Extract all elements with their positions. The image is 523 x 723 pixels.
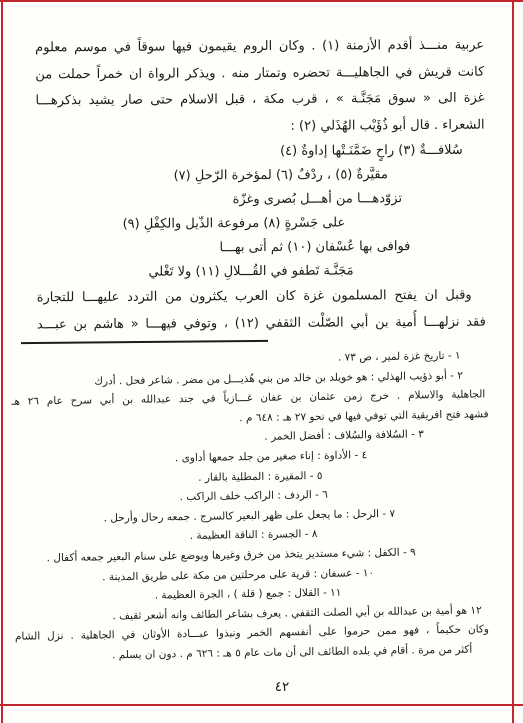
footnotes-block: ١ - تاريخ غزة لمير ، ص ٧٣ . ٢ - أبو ذؤيب… <box>11 346 496 667</box>
poem-hemistich: سُلافـــةٌ (٣) راحٍ ضَمَّنَـتْها إداوةٌ … <box>36 139 463 166</box>
poem-hemistich: مقيَّرةٌ (٥) ، ردْفٌ (٦) لمؤخرة الرّحلِ … <box>36 163 388 189</box>
red-border-bottom-rule <box>0 704 523 706</box>
red-border-left-rule <box>1 0 3 723</box>
body-paragraph-line: وقبل ان يفتح المسلمون غزة كان العرب يكثر… <box>37 283 486 312</box>
poem-hemistich: تزوّدهـــا من أهـــل بُصرى وغزّة <box>36 187 402 213</box>
page-number: ٤٢ <box>258 679 306 695</box>
book-page: عربية منـــذ أقدم الأزمنة (١) . وكان الر… <box>0 0 523 723</box>
body-paragraph-line: الشعراء . قال أبو ذُؤَيْب الهُذَلي (٢) : <box>36 112 485 141</box>
poem-hemistich: مَجَنَّـة تَطفو في القُـــلالِ (١١) ولا … <box>36 259 353 285</box>
poem-hemistich: فوافى بها عُسْفان (١٠) ثم أتى بهـــا <box>36 235 410 261</box>
body-paragraph-line: كانت قريش في الجاهليـــة تحضره وتمتار من… <box>35 59 484 88</box>
poem-hemistich: على جَسْرةٍ (٨) مرفوعة الذّيل والكِفْلِ … <box>36 211 345 237</box>
red-border-top-rule <box>0 0 523 2</box>
body-text: عربية منـــذ أقدم الأزمنة (١) . وكان الر… <box>35 33 486 339</box>
footnote-separator-rule <box>21 340 268 344</box>
body-paragraph-line: غزة الى « سوق مَجَنَّـة » ، قرب مكة ، قب… <box>35 86 484 115</box>
poem-block: سُلافـــةٌ (٣) راحٍ ضَمَّنَـتْها إداوةٌ … <box>36 139 486 286</box>
red-border-right-rule <box>512 0 514 723</box>
body-paragraph-line: فقد نزلهـــا أُمية بن أبي الصّلْت الثقفي… <box>37 309 486 338</box>
body-paragraph-line: عربية منـــذ أقدم الأزمنة (١) . وكان الر… <box>35 33 484 62</box>
